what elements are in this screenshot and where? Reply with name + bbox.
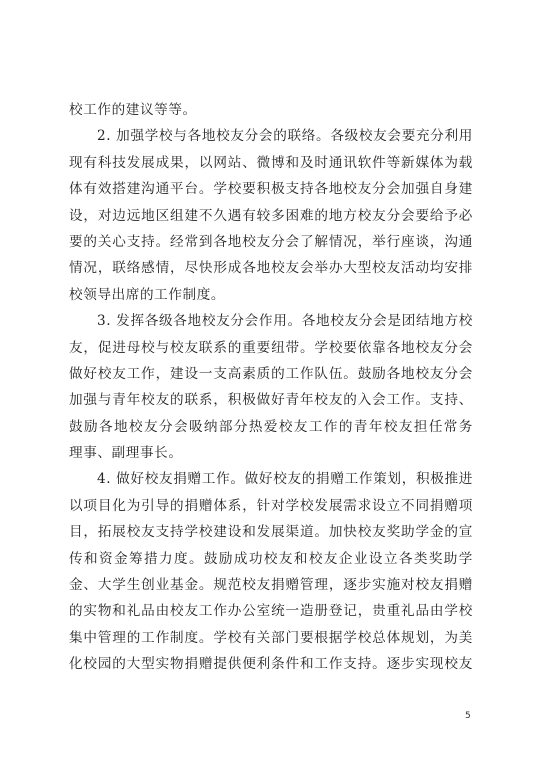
body-text: 校工作的建议等等。 2. 加强学校与各地校友分会的联络。各级校友会要充分利用 现… xyxy=(69,97,473,678)
paragraph-3-start: 3. 发挥各级各地校友分会作用。各地校友分会是团结地方校 xyxy=(69,308,473,334)
page-number: 5 xyxy=(465,711,471,721)
text-line: 鼓励各地校友分会吸纳部分热爱校友工作的青年校友担任常务 xyxy=(69,414,473,440)
text-line: 加强与青年校友的联系，积极做好青年校友的入会工作。支持、 xyxy=(69,387,473,413)
text-line: 以项目化为引导的捐赠体系，针对学校发展需求设立不同捐赠项 xyxy=(69,493,473,519)
paragraph-4-start: 4. 做好校友捐赠工作。做好校友的捐赠工作策划，积极推进 xyxy=(69,466,473,492)
text-line: 化校园的大型实物捐赠提供便利条件和工作支持。逐步实现校友 xyxy=(69,651,473,677)
text-line: 理事、副理事长。 xyxy=(69,440,473,466)
text-line: 传和资金筹措力度。鼓励成功校友和校友企业设立各类奖助学 xyxy=(69,546,473,572)
text-line: 要的关心支持。经常到各地校友分会了解情况，举行座谈，沟通 xyxy=(69,229,473,255)
text-line: 的实物和礼品由校友工作办公室统一造册登记，贵重礼品由学校 xyxy=(69,598,473,624)
text-line: 做好校友工作，建设一支高素质的工作队伍。鼓励各地校友分会 xyxy=(69,361,473,387)
text-line: 金、大学生创业基金。规范校友捐赠管理，逐步实施对校友捐赠 xyxy=(69,572,473,598)
text-line: 友，促进母校与校友联系的重要纽带。学校要依靠各地校友分会 xyxy=(69,335,473,361)
paragraph-2-start: 2. 加强学校与各地校友分会的联络。各级校友会要充分利用 xyxy=(69,123,473,149)
text-line: 设，对边远地区组建不久遇有较多困难的地方校友分会要给予必 xyxy=(69,203,473,229)
text-line: 目，拓展校友支持学校建设和发展渠道。加快校友奖助学金的宣 xyxy=(69,519,473,545)
document-page: 校工作的建议等等。 2. 加强学校与各地校友分会的联络。各级校友会要充分利用 现… xyxy=(0,0,542,768)
text-line: 集中管理的工作制度。学校有关部门要根据学校总体规划，为美 xyxy=(69,625,473,651)
text-line: 情况，联络感情，尽快形成各地校友会举办大型校友活动均安排 xyxy=(69,255,473,281)
text-line: 体有效搭建沟通平台。学校要积极支持各地校友分会加强自身建 xyxy=(69,176,473,202)
text-line: 校领导出席的工作制度。 xyxy=(69,282,473,308)
text-line: 校工作的建议等等。 xyxy=(69,97,473,123)
text-line: 现有科技发展成果，以网站、微博和及时通讯软件等新媒体为载 xyxy=(69,150,473,176)
